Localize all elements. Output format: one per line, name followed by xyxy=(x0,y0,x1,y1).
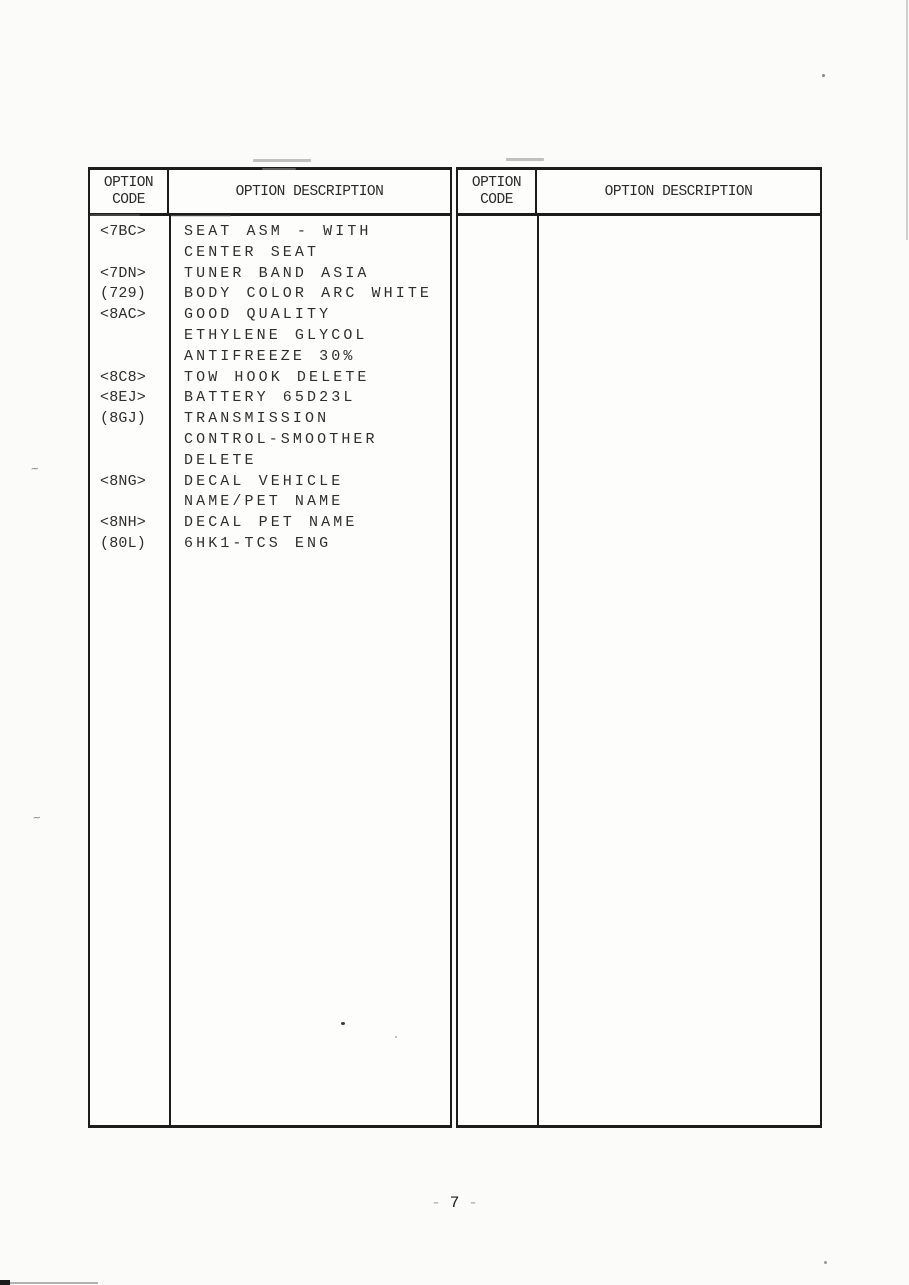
option-description-line: ETHYLENE GLYCOL xyxy=(184,326,450,347)
table-rows xyxy=(458,216,820,222)
option-code-cell: (8GJ) xyxy=(90,409,169,471)
option-description-line: SEAT ASM - WITH xyxy=(184,222,450,243)
option-description-line: 6HK1-TCS ENG xyxy=(184,534,450,555)
table-header-row: OPTION CODE OPTION DESCRIPTION xyxy=(90,170,450,216)
option-description-line: BATTERY 65D23L xyxy=(184,388,450,409)
table-header-row: OPTION CODE OPTION DESCRIPTION xyxy=(458,170,820,216)
option-code-cell: (729) xyxy=(90,284,169,305)
table-body xyxy=(458,216,820,1125)
option-description-cell: BATTERY 65D23L xyxy=(169,388,450,409)
option-code-cell: <8AC> xyxy=(90,305,169,367)
option-description-line: ANTIFREEZE 30% xyxy=(184,347,450,368)
option-description-cell: TUNER BAND ASIA xyxy=(169,264,450,285)
header-option-code: OPTION CODE xyxy=(458,170,537,213)
scan-artifact xyxy=(0,1280,10,1285)
option-description-line: TOW HOOK DELETE xyxy=(184,368,450,389)
table-body: <7BC>SEAT ASM - WITHCENTER SEAT<7DN>TUNE… xyxy=(90,216,450,1125)
scan-artifact xyxy=(906,0,908,240)
table-row: <8C8>TOW HOOK DELETE xyxy=(90,368,450,389)
option-code-cell: <8NH> xyxy=(90,513,169,534)
table-row: (8GJ)TRANSMISSIONCONTROL-SMOOTHERDELETE xyxy=(90,409,450,471)
option-code-cell: <8C8> xyxy=(90,368,169,389)
table-row: <8NH>DECAL PET NAME xyxy=(90,513,450,534)
option-description-cell: TOW HOOK DELETE xyxy=(169,368,450,389)
table-row: <8AC>GOOD QUALITYETHYLENE GLYCOLANTIFREE… xyxy=(90,305,450,367)
option-description-line: NAME/PET NAME xyxy=(184,492,450,513)
table-row: <7BC>SEAT ASM - WITHCENTER SEAT xyxy=(90,222,450,264)
option-code-cell: <8NG> xyxy=(90,472,169,514)
option-description-line: GOOD QUALITY xyxy=(184,305,450,326)
option-description-line: CONTROL-SMOOTHER xyxy=(184,430,450,451)
column-divider xyxy=(537,216,539,1125)
option-code-cell: <7DN> xyxy=(90,264,169,285)
scan-artifact xyxy=(506,158,544,161)
document-page: OPTION CODE OPTION DESCRIPTION <7BC>SEAT… xyxy=(0,0,909,1285)
option-description-cell: DECAL PET NAME xyxy=(169,513,450,534)
option-code-cell: (80L) xyxy=(90,534,169,555)
table-rows: <7BC>SEAT ASM - WITHCENTER SEAT<7DN>TUNE… xyxy=(90,216,450,555)
option-description-cell: TRANSMISSIONCONTROL-SMOOTHERDELETE xyxy=(169,409,450,471)
option-table-left: OPTION CODE OPTION DESCRIPTION <7BC>SEAT… xyxy=(88,167,452,1128)
scan-artifact xyxy=(824,1261,827,1264)
option-description-line: DELETE xyxy=(184,451,450,472)
option-description-cell: DECAL VEHICLENAME/PET NAME xyxy=(169,472,450,514)
page-number-dash: - xyxy=(468,1194,478,1212)
scan-artifact: ~ xyxy=(32,811,42,827)
scan-artifact xyxy=(822,74,825,77)
header-option-description: OPTION DESCRIPTION xyxy=(169,170,450,213)
page-number-value: 7 xyxy=(450,1194,460,1212)
scan-artifact: ~ xyxy=(30,462,40,478)
page-number: - 7 - xyxy=(0,1194,909,1212)
option-description-line: CENTER SEAT xyxy=(184,243,450,264)
page-number-dash: - xyxy=(431,1194,441,1212)
option-description-line: BODY COLOR ARC WHITE xyxy=(184,284,450,305)
table-row: <8EJ>BATTERY 65D23L xyxy=(90,388,450,409)
option-description-line: TUNER BAND ASIA xyxy=(184,264,450,285)
table-row: <7DN>TUNER BAND ASIA xyxy=(90,264,450,285)
table-row: (729)BODY COLOR ARC WHITE xyxy=(90,284,450,305)
table-row: <8NG>DECAL VEHICLENAME/PET NAME xyxy=(90,472,450,514)
scan-artifact xyxy=(253,159,311,162)
option-description-line: TRANSMISSION xyxy=(184,409,450,430)
option-code-cell: <7BC> xyxy=(90,222,169,264)
option-code-cell: <8EJ> xyxy=(90,388,169,409)
header-option-description: OPTION DESCRIPTION xyxy=(537,170,820,213)
header-option-code: OPTION CODE xyxy=(90,170,169,213)
option-table-right: OPTION CODE OPTION DESCRIPTION xyxy=(456,167,822,1128)
option-description-line: DECAL PET NAME xyxy=(184,513,450,534)
option-description-cell: GOOD QUALITYETHYLENE GLYCOLANTIFREEZE 30… xyxy=(169,305,450,367)
option-description-cell: 6HK1-TCS ENG xyxy=(169,534,450,555)
option-description-cell: BODY COLOR ARC WHITE xyxy=(169,284,450,305)
scan-artifact xyxy=(10,1282,98,1284)
table-row: (80L)6HK1-TCS ENG xyxy=(90,534,450,555)
option-description-line: DECAL VEHICLE xyxy=(184,472,450,493)
option-description-cell: SEAT ASM - WITHCENTER SEAT xyxy=(169,222,450,264)
